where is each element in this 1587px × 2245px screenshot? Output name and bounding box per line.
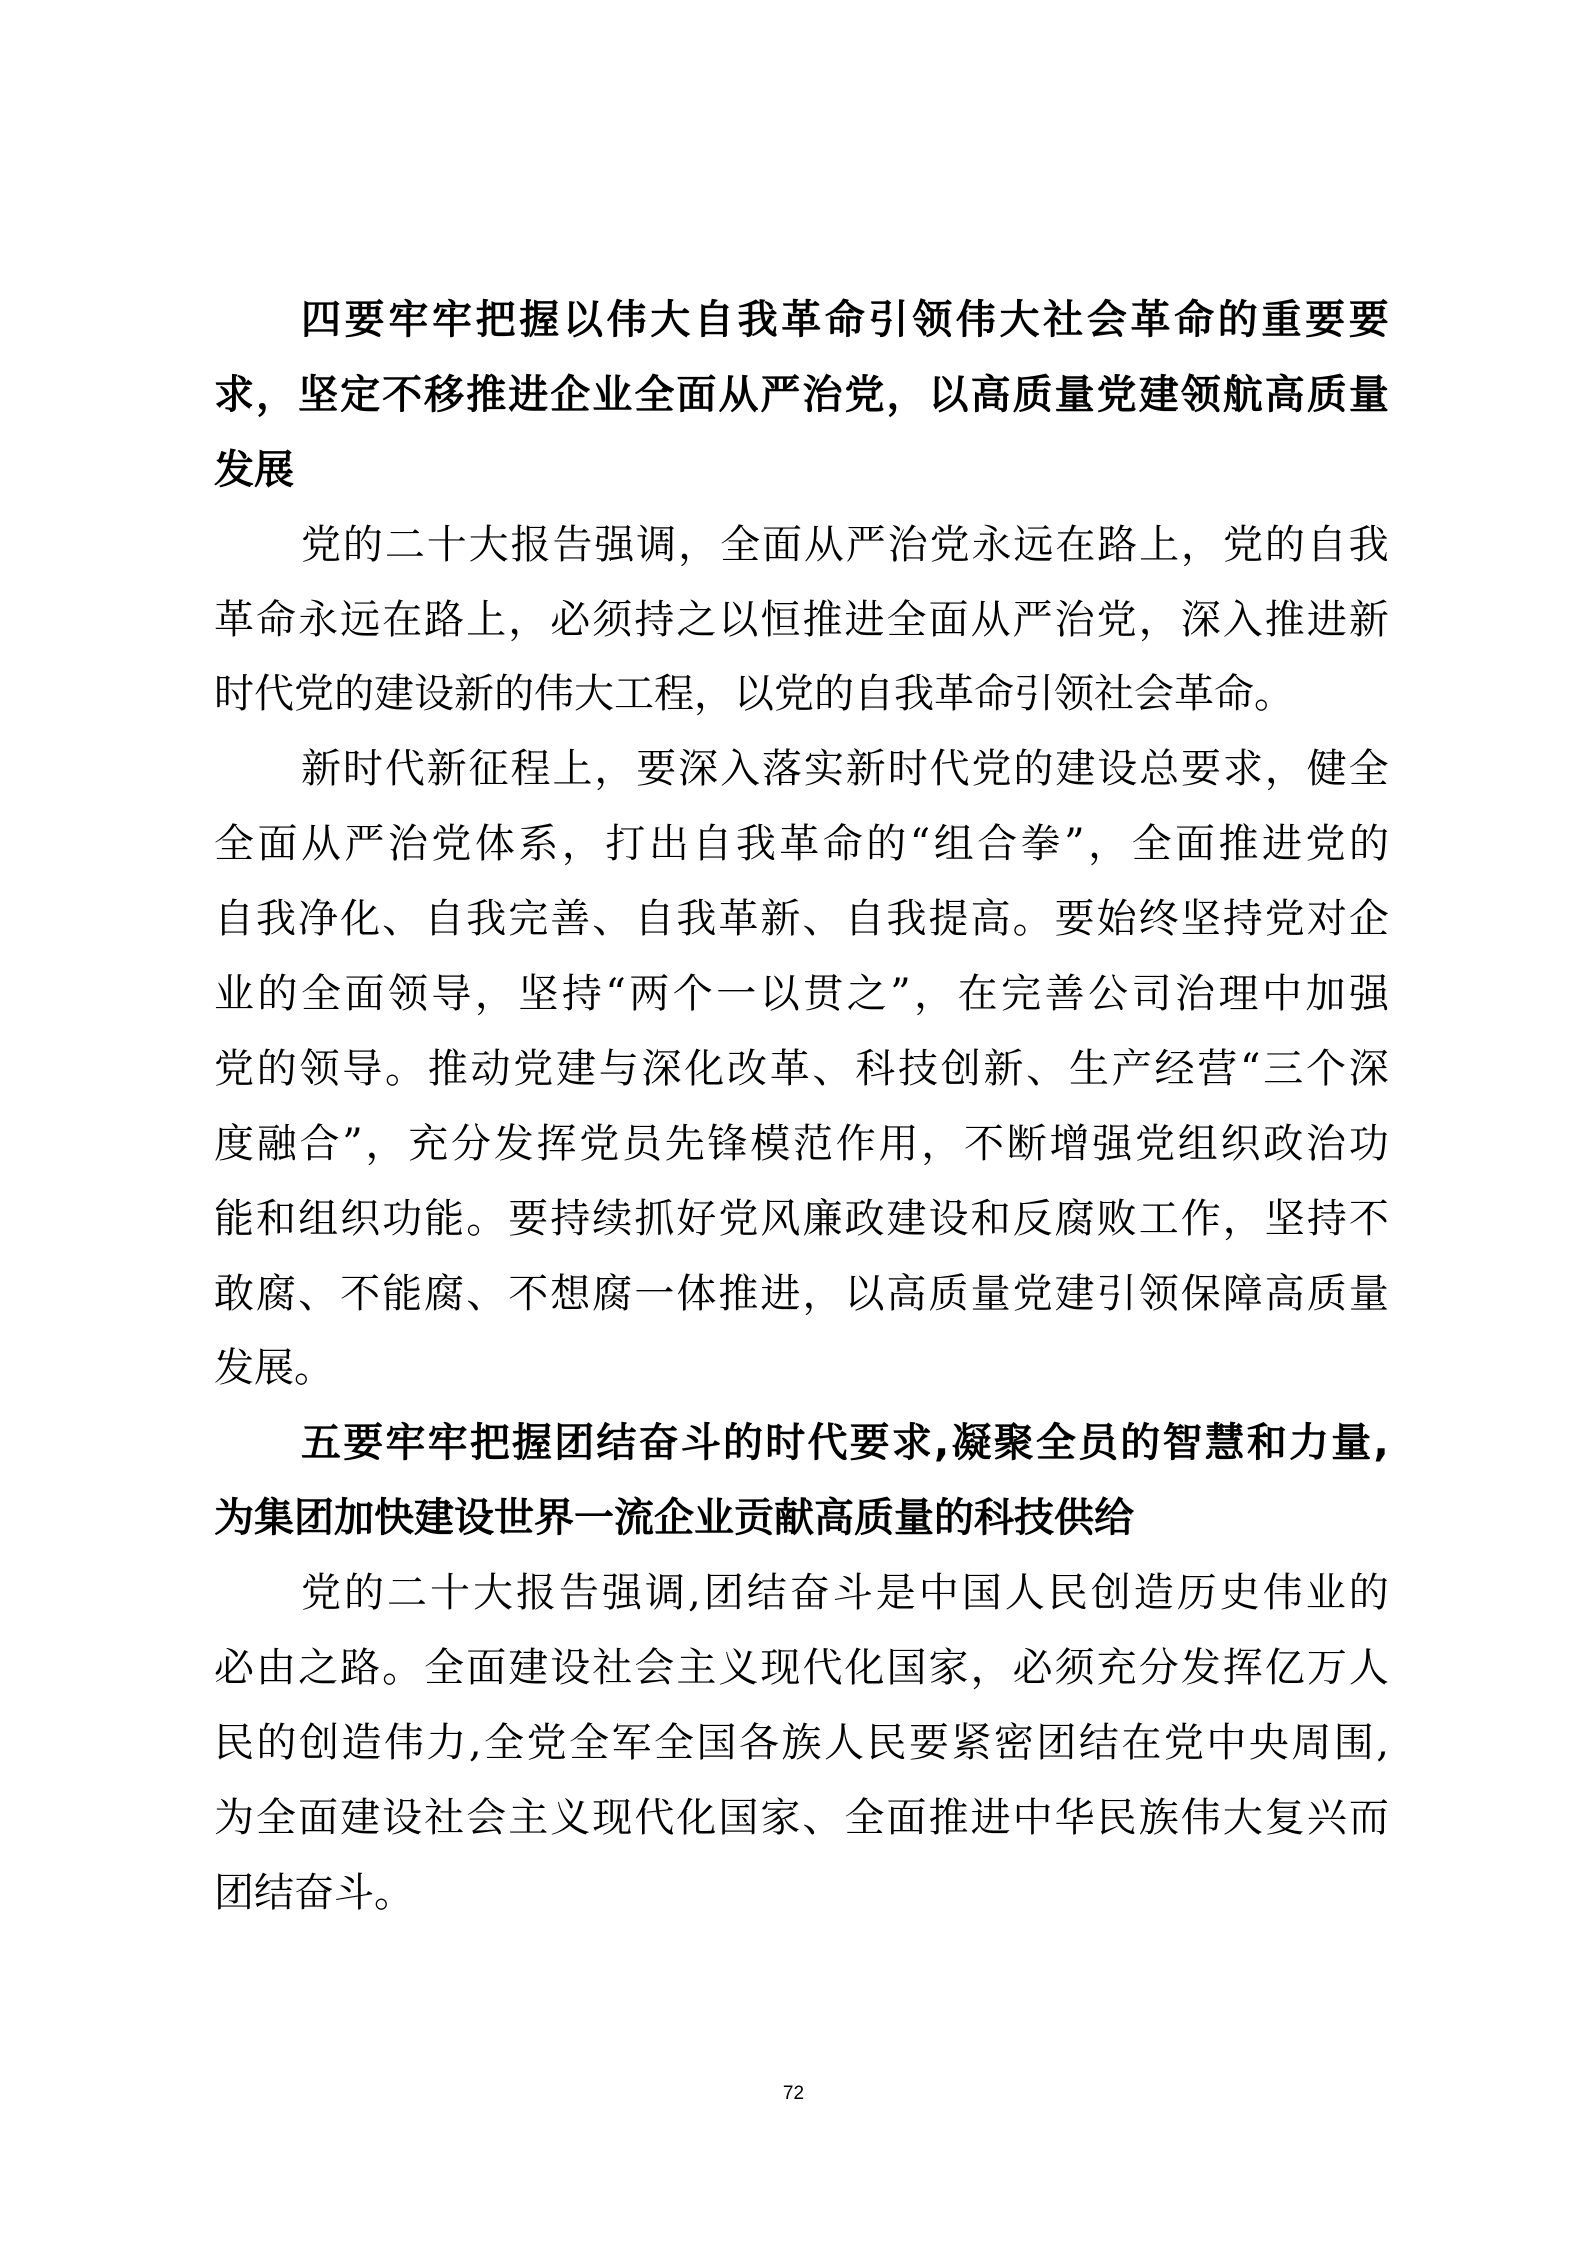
document-body: 四要牢牢把握以伟大自我革命引领伟大社会革命的重要要 求，坚定不移推进企业全面从严… — [214, 283, 1389, 1931]
paragraph-self-revolution: 党的二十大报告强调，全面从严治党永远在路上，党的自我 革命永远在路上，必须持之以… — [214, 508, 1389, 733]
paragraph-line: 度融合”，充分发挥党员先锋模范作用，不断增强党组织政治功 — [214, 1107, 1389, 1182]
paragraph-line: 业的全面领导，坚持“两个一以贯之”，在完善公司治理中加强 — [214, 957, 1389, 1032]
paragraph-line: 全面从严治党体系，打出自我革命的“组合拳”，全面推进党的 — [214, 807, 1389, 882]
paragraph-line: 时代党的建设新的伟大工程，以党的自我革命引领社会革命。 — [214, 657, 1389, 732]
paragraph-line: 新时代新征程上，要深入落实新时代党的建设总要求，健全 — [214, 732, 1389, 807]
paragraph-line: 为全面建设社会主义现代化国家、全面推进中华民族伟大复兴而 — [214, 1781, 1389, 1856]
paragraph-new-era: 新时代新征程上，要深入落实新时代党的建设总要求，健全 全面从严治党体系，打出自我… — [214, 732, 1389, 1406]
paragraph-line: 团结奋斗。 — [214, 1856, 1389, 1931]
paragraph-unity-struggle: 党的二十大报告强调,团结奋斗是中国人民创造历史伟业的 必由之路。全面建设社会主义… — [214, 1556, 1389, 1930]
paragraph-line: 党的领导。推动党建与深化改革、科技创新、生产经营“三个深 — [214, 1032, 1389, 1107]
section-heading-four: 四要牢牢把握以伟大自我革命引领伟大社会革命的重要要 求，坚定不移推进企业全面从严… — [214, 283, 1389, 508]
heading-line: 五要牢牢把握团结奋斗的时代要求,凝聚全员的智慧和力量, — [214, 1406, 1389, 1481]
page-number: 72 — [0, 2083, 1587, 2105]
document-page: 四要牢牢把握以伟大自我革命引领伟大社会革命的重要要 求，坚定不移推进企业全面从严… — [0, 0, 1587, 2245]
paragraph-line: 党的二十大报告强调，全面从严治党永远在路上，党的自我 — [214, 508, 1389, 583]
paragraph-line: 敢腐、不能腐、不想腐一体推进，以高质量党建引领保障高质量 — [214, 1257, 1389, 1332]
heading-line: 求，坚定不移推进企业全面从严治党，以高质量党建领航高质量 — [214, 358, 1389, 433]
paragraph-line: 自我净化、自我完善、自我革新、自我提高。要始终坚持党对企 — [214, 882, 1389, 957]
heading-line: 四要牢牢把握以伟大自我革命引领伟大社会革命的重要要 — [214, 283, 1389, 358]
paragraph-line: 民的创造伟力,全党全军全国各族人民要紧密团结在党中央周围, — [214, 1706, 1389, 1781]
paragraph-line: 能和组织功能。要持续抓好党风廉政建设和反腐败工作，坚持不 — [214, 1182, 1389, 1257]
paragraph-line: 党的二十大报告强调,团结奋斗是中国人民创造历史伟业的 — [214, 1556, 1389, 1631]
paragraph-line: 必由之路。全面建设社会主义现代化国家，必须充分发挥亿万人 — [214, 1631, 1389, 1706]
heading-line: 发展 — [214, 433, 1389, 508]
section-heading-five: 五要牢牢把握团结奋斗的时代要求,凝聚全员的智慧和力量, 为集团加快建设世界一流企… — [214, 1406, 1389, 1556]
paragraph-line: 革命永远在路上，必须持之以恒推进全面从严治党，深入推进新 — [214, 583, 1389, 658]
heading-line: 为集团加快建设世界一流企业贡献高质量的科技供给 — [214, 1481, 1389, 1556]
paragraph-line: 发展。 — [214, 1331, 1389, 1406]
